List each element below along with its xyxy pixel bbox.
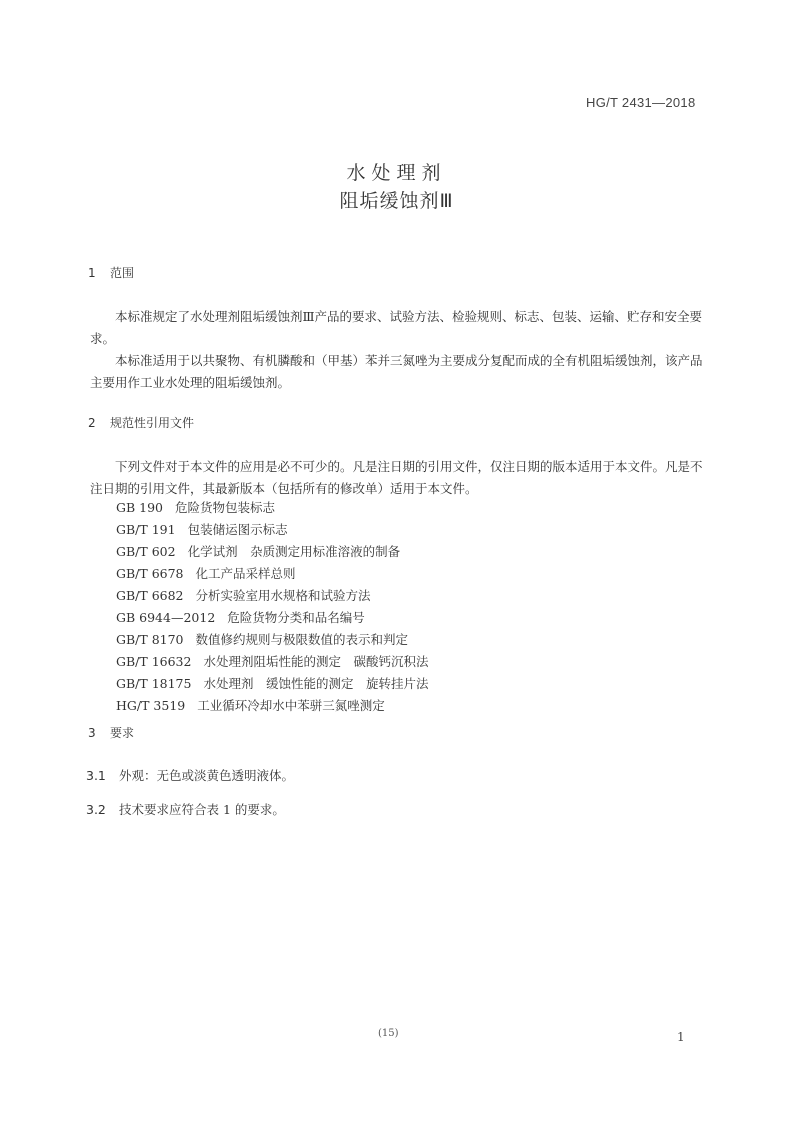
- footer-page-number-bracketed: (15): [378, 1028, 399, 1039]
- reference-item: GB/T 602化学试剂 杂质测定用标准溶液的制备: [116, 542, 400, 560]
- section-title: 范围: [110, 266, 134, 280]
- section-number: 1: [88, 266, 110, 280]
- reference-item: GB 190危险货物包装标志: [116, 498, 275, 516]
- subsection-number: 3.1: [86, 768, 119, 783]
- reference-item: GB/T 191包装储运图示标志: [116, 520, 288, 538]
- document-title-line2: 阻垢缓蚀剂Ⅲ: [0, 186, 793, 213]
- reference-title: 化工产品采样总则: [196, 566, 296, 581]
- section-1-heading: 1范围: [88, 264, 134, 281]
- reference-title: 水处理剂阻垢性能的测定 碳酸钙沉积法: [203, 654, 428, 669]
- reference-item: GB/T 18175水处理剂 缓蚀性能的测定 旋转挂片法: [116, 674, 428, 692]
- section-2-heading: 2规范性引用文件: [88, 414, 194, 431]
- document-title-line1: 水处理剂: [0, 158, 793, 185]
- reference-code: GB/T 602: [116, 544, 176, 559]
- section-number: 3: [88, 726, 110, 740]
- reference-title: 数值修约规则与极限数值的表示和判定: [196, 632, 409, 647]
- reference-code: GB/T 6682: [116, 588, 184, 603]
- reference-item: GB/T 8170数值修约规则与极限数值的表示和判定: [116, 630, 408, 648]
- section-2-paragraph: 下列文件对于本文件的应用是必不可少的。凡是注日期的引用文件，仅注日期的版本适用于…: [90, 456, 708, 500]
- section-1-paragraph-2: 本标准适用于以共聚物、有机膦酸和（甲基）苯并三氮唑为主要成分复配而成的全有机阻垢…: [90, 350, 708, 394]
- section-3-heading: 3要求: [88, 724, 134, 741]
- reference-title: 包装储运图示标志: [188, 522, 288, 537]
- reference-title: 水处理剂 缓蚀性能的测定 旋转挂片法: [203, 676, 428, 691]
- reference-item: GB/T 16632水处理剂阻垢性能的测定 碳酸钙沉积法: [116, 652, 428, 670]
- reference-code: GB 6944—2012: [116, 610, 215, 625]
- reference-code: GB/T 16632: [116, 654, 191, 669]
- subsection-text: 技术要求应符合表 1 的要求。: [119, 802, 285, 817]
- reference-title: 分析实验室用水规格和试验方法: [196, 588, 371, 603]
- footer-page-number: 1: [677, 1030, 685, 1044]
- reference-code: GB/T 6678: [116, 566, 184, 581]
- section-number: 2: [88, 416, 110, 430]
- reference-item: GB/T 6682分析实验室用水规格和试验方法: [116, 586, 371, 604]
- reference-code: GB/T 8170: [116, 632, 184, 647]
- reference-code: GB/T 191: [116, 522, 176, 537]
- reference-code: HG/T 3519: [116, 698, 185, 713]
- section-title: 规范性引用文件: [110, 416, 194, 430]
- reference-title: 危险货物分类和品名编号: [227, 610, 365, 625]
- section-1-paragraph-1: 本标准规定了水处理剂阻垢缓蚀剂Ⅲ产品的要求、试验方法、检验规则、标志、包装、运输…: [90, 306, 708, 350]
- subsection-3-1: 3.1外观：无色或淡黄色透明液体。: [86, 766, 294, 784]
- subsection-3-2: 3.2技术要求应符合表 1 的要求。: [86, 800, 285, 818]
- reference-code: GB 190: [116, 500, 163, 515]
- reference-item: GB 6944—2012危险货物分类和品名编号: [116, 608, 365, 626]
- reference-title: 化学试剂 杂质测定用标准溶液的制备: [188, 544, 401, 559]
- reference-code: GB/T 18175: [116, 676, 191, 691]
- section-title: 要求: [110, 726, 134, 740]
- reference-title: 危险货物包装标志: [175, 500, 275, 515]
- standard-code: HG/T 2431—2018: [586, 95, 695, 110]
- reference-item: HG/T 3519工业循环冷却水中苯骈三氮唑测定: [116, 696, 385, 714]
- reference-title: 工业循环冷却水中苯骈三氮唑测定: [197, 698, 385, 713]
- subsection-text: 外观：无色或淡黄色透明液体。: [119, 768, 294, 783]
- reference-item: GB/T 6678化工产品采样总则: [116, 564, 296, 582]
- subsection-number: 3.2: [86, 802, 119, 817]
